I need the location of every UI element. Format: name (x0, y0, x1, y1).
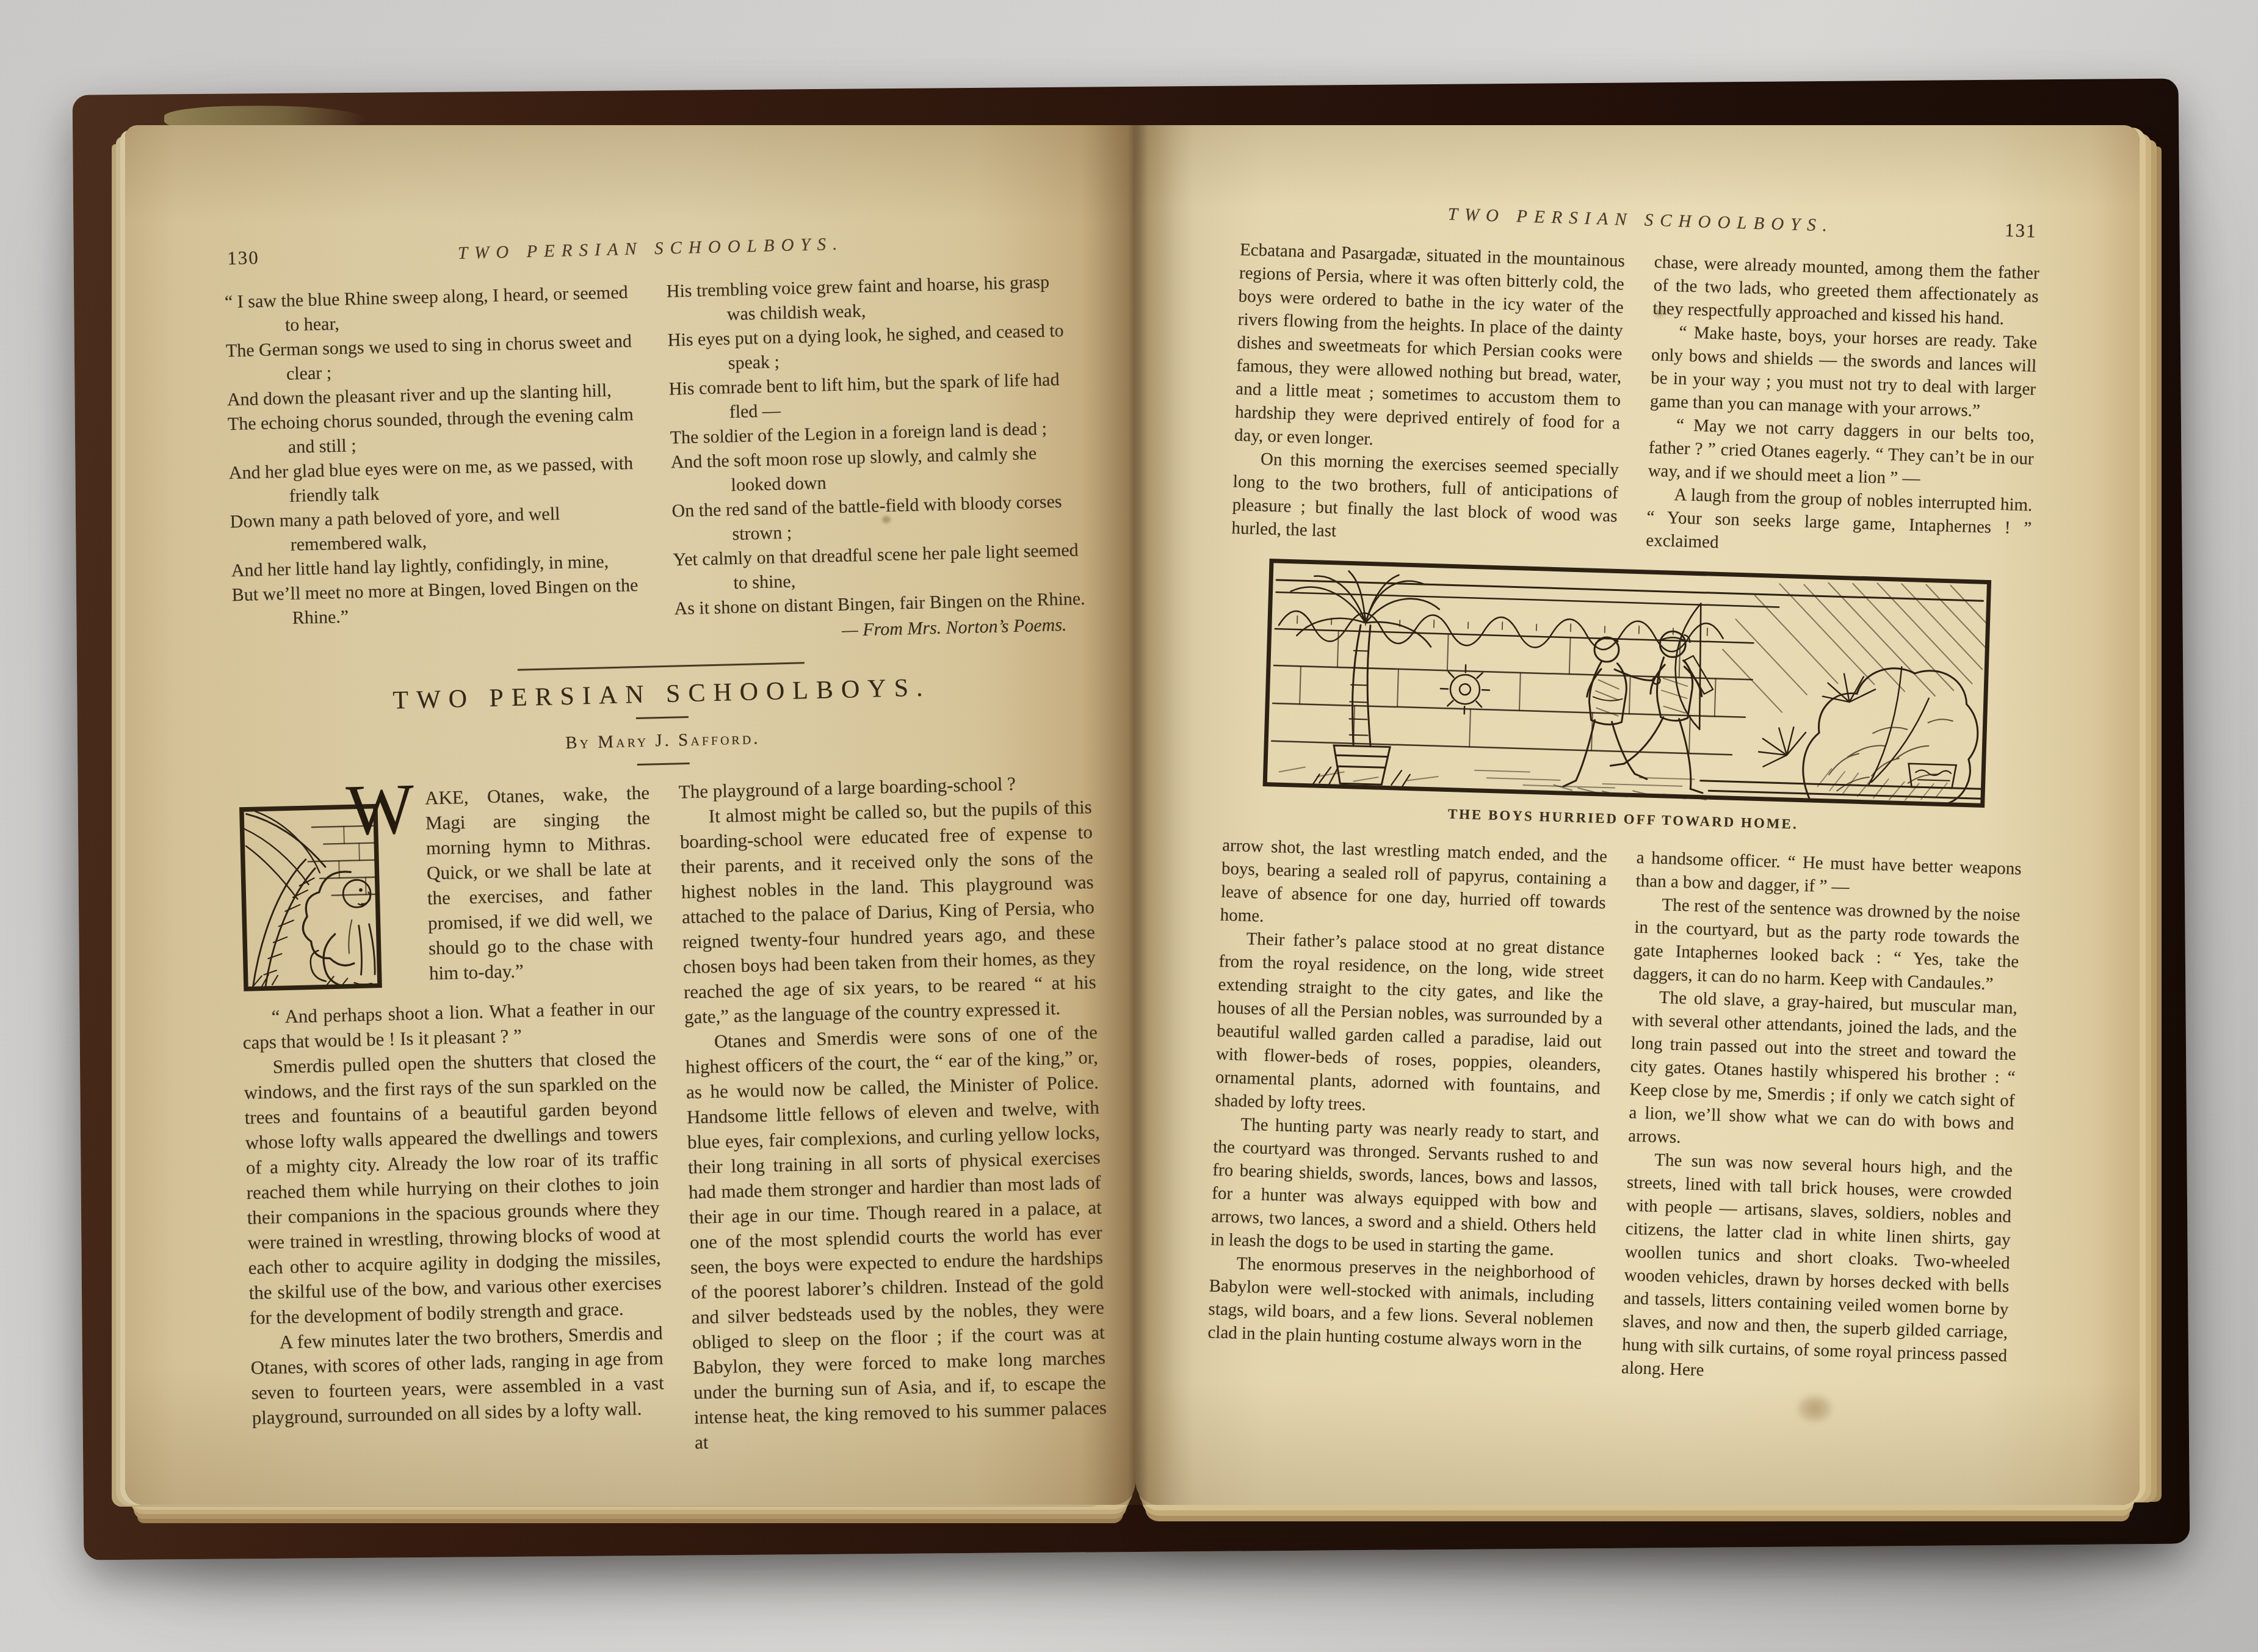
page-number-left: 130 (227, 244, 280, 270)
lion-vignette-illustration: W (237, 789, 414, 1002)
page-number-right: 131 (1984, 218, 2037, 243)
paragraph: “ Make haste, boys, your horses are read… (1650, 320, 2038, 424)
paragraph: It almost might be called so, but the pu… (679, 794, 1097, 1029)
header-spacer (1245, 214, 1297, 216)
byline-rule (637, 763, 690, 766)
left-page-body: W AKE, Otanes, wake, the Magi are singin… (237, 769, 1108, 1466)
story-title: TWO PERSIAN SCHOOLBOYS. (234, 672, 1090, 717)
poem-column-1: “ I saw the blue Rhine sweep along, I he… (225, 280, 646, 658)
paragraph: The sun was now several hours high, and … (1621, 1147, 2013, 1391)
paragraph: Ecbatana and Pasargadæ, situated in the … (1234, 238, 1626, 458)
paragraph: A laugh from the group of nobles interru… (1646, 482, 2033, 563)
title-rule (636, 716, 689, 719)
boys-running-illustration: THE BOYS HURRIED OFF TOWARD HOME. (1259, 557, 1993, 842)
poem-line: But we’ll meet no more at Bingen, loved … (231, 573, 645, 632)
paragraph: On this morning the exercises seemed spe… (1231, 447, 1619, 551)
byline: By Mary J. Safford. (236, 718, 1091, 764)
right-page-bottom-body: arrow shot, the last wrestling match end… (1207, 834, 2022, 1391)
open-book-spread: 130 TWO PERSIAN SCHOOLBOYS. “ I saw the … (125, 125, 2140, 1505)
paragraph: The rest of the sentence was drowned by … (1633, 893, 2021, 997)
paragraph: The enormous preserves in the neighborho… (1207, 1251, 1595, 1355)
right-page: TWO PERSIAN SCHOOLBOYS. 131 Ecbatana and… (1207, 196, 2041, 1391)
right-top-column-2: chase, were already mounted, among them … (1646, 250, 2039, 563)
paragraph: A few minutes later the two brothers, Sm… (250, 1320, 665, 1430)
paragraph: “ May we not carry daggers in our belts … (1648, 413, 2035, 494)
paragraph: Smerdis pulled open the shutters that cl… (243, 1045, 662, 1330)
poem-column-2: His trembling voice grew faint and hoars… (666, 269, 1088, 647)
photo-background: 130 TWO PERSIAN SCHOOLBOYS. “ I saw the … (0, 0, 2258, 1652)
left-body-column-1: W AKE, Otanes, wake, the Magi are singin… (237, 780, 666, 1466)
right-bottom-column-2: a handsome officer. “ He must have bette… (1621, 846, 2022, 1391)
left-page: 130 TWO PERSIAN SCHOOLBOYS. “ I saw the … (223, 225, 1107, 1466)
header-spacer (1022, 244, 1074, 245)
right-page-top-body: Ecbatana and Pasargadæ, situated in the … (1231, 238, 2039, 563)
paragraph: chase, were already mounted, among them … (1652, 250, 2039, 331)
paragraph: Otanes and Smerdis were sons of one of t… (684, 1020, 1107, 1455)
paragraph: arrow shot, the last wrestling match end… (1220, 834, 1607, 938)
dropcap-letter-w: W (346, 780, 415, 840)
left-body-column-2: The playground of a large boarding-schoo… (678, 769, 1107, 1455)
paragraph: Their father’s palace stood at no great … (1214, 926, 1605, 1123)
section-divider-rule (518, 662, 805, 670)
poem-section: “ I saw the blue Rhine sweep along, I he… (225, 269, 1088, 658)
paragraph: The hunting party was nearly ready to st… (1210, 1112, 1599, 1263)
right-bottom-column-1: arrow shot, the last wrestling match end… (1207, 834, 1608, 1378)
paragraph: The old slave, a gray-haired, but muscul… (1628, 985, 2018, 1159)
two-boys-running-drawing (1261, 557, 1994, 810)
right-top-column-1: Ecbatana and Pasargadæ, situated in the … (1231, 238, 1625, 551)
